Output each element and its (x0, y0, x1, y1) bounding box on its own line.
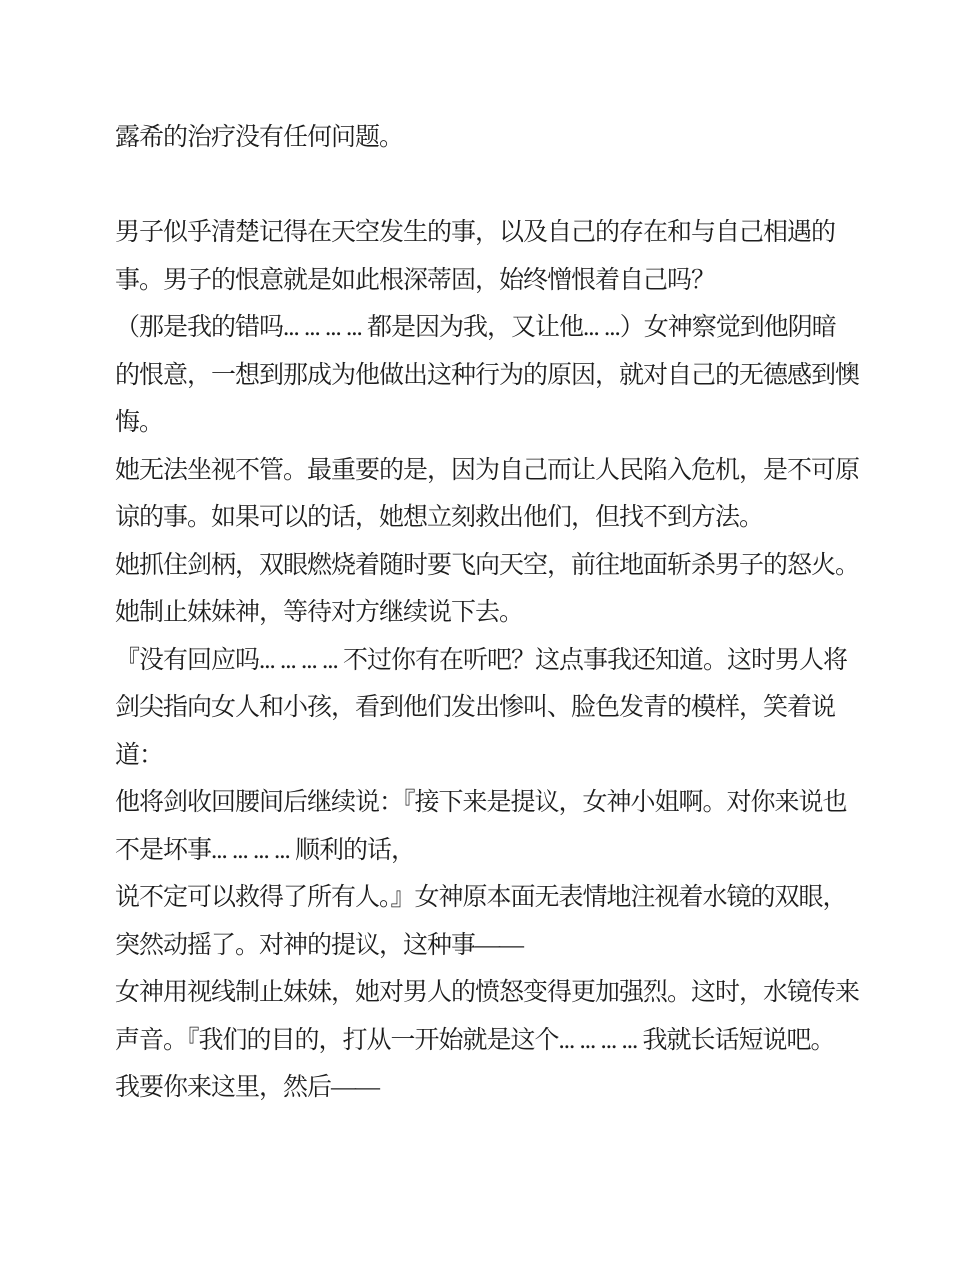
text-line: 突然动摇了。对神的提议，这种事—— (115, 922, 905, 970)
text-line: 男子似乎清楚记得在天空发生的事，以及自己的存在和与自己相遇的 (115, 209, 905, 257)
text-line: 事。男子的恨意就是如此根深蒂固，始终憎恨着自己吗？ (115, 257, 905, 305)
text-line: 剑尖指向女人和小孩，看到他们发出惨叫、脸色发青的模样，笑着说 (115, 684, 905, 732)
text-line: 的恨意，一想到那成为他做出这种行为的原因，就对自己的无德感到懊 (115, 352, 905, 400)
text-line: 谅的事。如果可以的话，她想立刻救出他们，但找不到方法。 (115, 494, 905, 542)
text-line: 悔。 (115, 399, 905, 447)
text-line: 露希的治疗没有任何问题。 (115, 114, 905, 162)
paragraph-gap (115, 162, 905, 210)
text-line: 她制止妹妹神，等待对方继续说下去。 (115, 589, 905, 637)
text-line: 『没有回应吗... ... ... ... 不过你有在听吧？这点事我还知道。这时… (115, 637, 905, 685)
text-line: 说不定可以救得了所有人。』女神原本面无表情地注视着水镜的双眼， (115, 874, 905, 922)
text-block: 露希的治疗没有任何问题。 男子似乎清楚记得在天空发生的事，以及自己的存在和与自己… (115, 114, 905, 1112)
text-line: 声音。『我们的目的，打从一开始就是这个... ... ... ... 我就长话短… (115, 1017, 905, 1065)
text-line: 他将剑收回腰间后继续说：『接下来是提议，女神小姐啊。对你来说也 (115, 779, 905, 827)
text-line: 她无法坐视不管。最重要的是，因为自己而让人民陷入危机，是不可原 (115, 447, 905, 495)
text-line: （那是我的错吗... ... ... ... 都是因为我，又让他... ...）… (115, 304, 905, 352)
text-line: 女神用视线制止妹妹，她对男人的愤怒变得更加强烈。这时，水镜传来 (115, 969, 905, 1017)
text-line: 她抓住剑柄，双眼燃烧着随时要飞向天空，前往地面斩杀男子的怒火。 (115, 542, 905, 590)
document-page: 露希的治疗没有任何问题。 男子似乎清楚记得在天空发生的事，以及自己的存在和与自己… (0, 0, 979, 1268)
text-line: 道： (115, 732, 905, 780)
text-line: 不是坏事... ... ... ... 顺利的话， (115, 827, 905, 875)
text-line: 我要你来这里，然后—— (115, 1064, 905, 1112)
